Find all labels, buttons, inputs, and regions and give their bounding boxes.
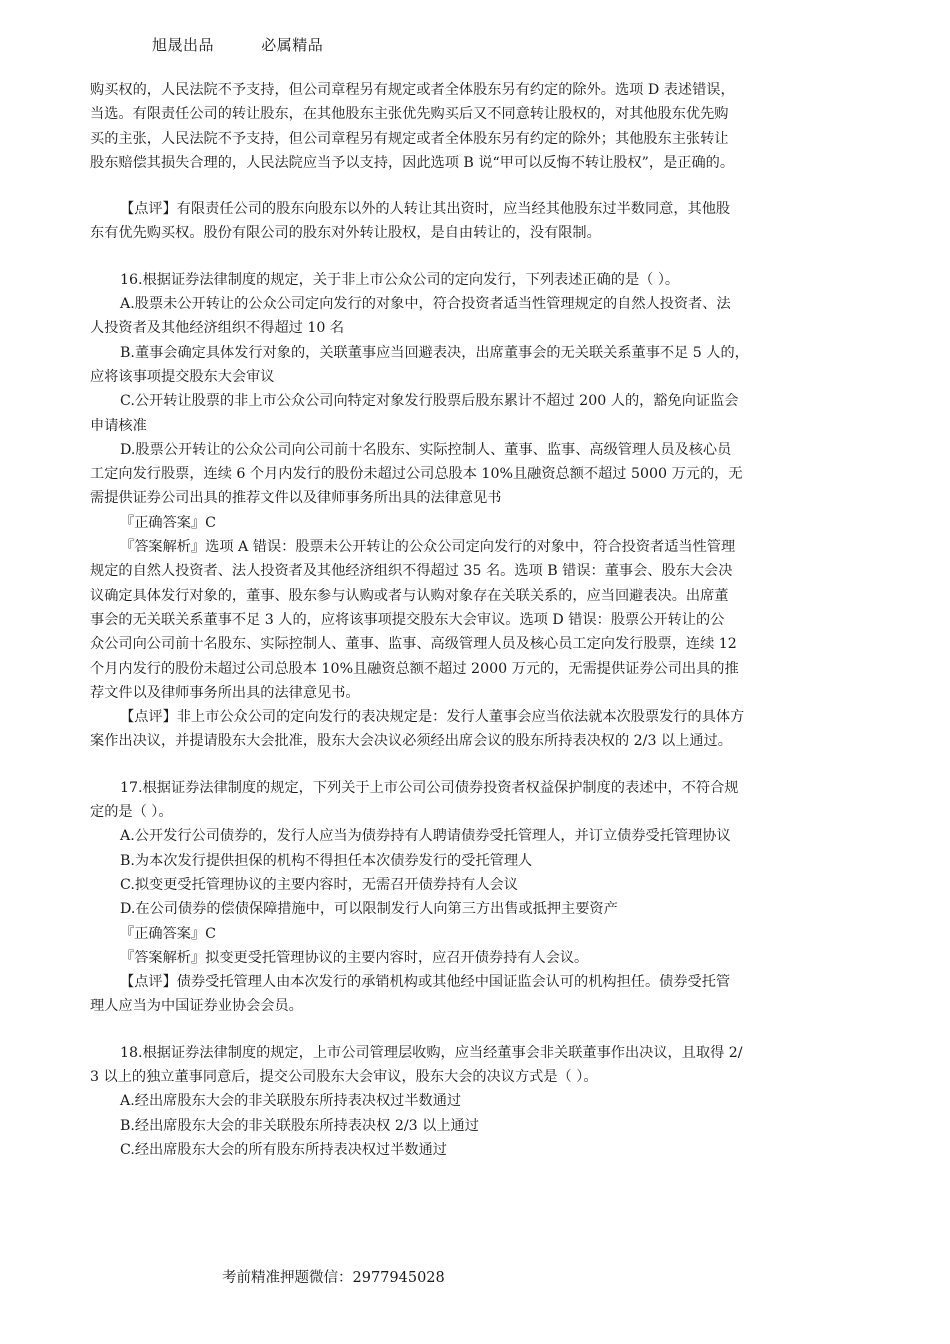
document-body: 购买权的，人民法院不予支持，但公司章程另有规定或者全体股东另有约定的除外。选项 … (90, 78, 880, 1162)
previous-analysis: 购买权的，人民法院不予支持，但公司章程另有规定或者全体股东另有约定的除外。选项 … (90, 78, 880, 175)
option-c: C.公开转让股票的非上市公众公司向特定对象发行股票后股东累计不超过 200 人的… (90, 389, 880, 413)
question-stem: 16.根据证券法律制度的规定，关于非上市公众公司的定向发行，下列表述正确的是（ … (90, 268, 880, 292)
question-18: 18.根据证券法律制度的规定，上市公司管理层收购，应当经董事会非关联董事作出决议… (90, 1041, 880, 1162)
answer-analysis-cont: 议确定具体发行对象的，董事、股东参与认购或者与认购对象存在关联关系的，应当回避表… (90, 584, 880, 608)
header-slogan: 必属精品 (261, 36, 323, 54)
question-stem: 17.根据证券法律制度的规定，下列关于上市公司公司债券投资者权益保护制度的表述中… (90, 776, 880, 800)
comment-cont: 理人应当为中国证券业协会会员。 (90, 994, 880, 1018)
text-line: 买的主张，人民法院不予支持，但公司章程另有规定或者全体股东另有约定的除外；其他股… (90, 127, 880, 151)
option-b-cont: 应将该事项提交股东大会审议 (90, 365, 880, 389)
answer-analysis: 『答案解析』拟变更受托管理协议的主要内容时，应召开债券持有人会议。 (90, 946, 880, 970)
answer-analysis-cont: 事会的无关联关系董事不足 3 人的，应将该事项提交股东大会审议。选项 D 错误：… (90, 608, 880, 632)
option-d: D.股票公开转让的公众公司向公司前十名股东、实际控制人、董事、监事、高级管理人员… (90, 438, 880, 462)
previous-comment: 【点评】有限责任公司的股东向股东以外的人转让其出资时，应当经其他股东过半数同意，… (90, 197, 880, 246)
question-17: 17.根据证券法律制度的规定，下列关于上市公司公司债券投资者权益保护制度的表述中… (90, 776, 880, 1019)
option-b: B.为本次发行提供担保的机构不得担任本次债券发行的受托管理人 (90, 849, 880, 873)
answer-analysis-cont: 个月内发行的股份未超过公司总股本 10%且融资总额不超过 2000 万元的，无需… (90, 657, 880, 681)
correct-answer: 『正确答案』C (90, 511, 880, 535)
answer-analysis-cont: 荐文件以及律师事务所出具的法律意见书。 (90, 681, 880, 705)
option-d-cont: 工定向发行股票，连续 6 个月内发行的股份未超过公司总股本 10%且融资总额不超… (90, 462, 880, 486)
question-stem-cont: 定的是（ ）。 (90, 800, 880, 824)
text-line: 当选。有限责任公司的转让股东，在其他股东主张优先购买后又不同意转让股权的，对其他… (90, 102, 880, 126)
header-brand: 旭晟出品 (152, 36, 214, 54)
answer-analysis-cont: 规定的自然人投资者、法人投资者及其他经济组织不得超过 35 名。选项 B 错误：… (90, 559, 880, 583)
page-header: 旭晟出品 必属精品 (152, 34, 365, 55)
text-line: 股东赔偿其损失合理的，人民法院应当予以支持，因此选项 B 说“甲可以反悔不转让股… (90, 151, 880, 175)
comment: 【点评】非上市公众公司的定向发行的表决规定是：发行人董事会应当依法就本次股票发行… (90, 705, 880, 729)
option-c: C.拟变更受托管理协议的主要内容时，无需召开债券持有人会议 (90, 873, 880, 897)
option-c: C.经出席股东大会的所有股东所持表决权过半数通过 (90, 1138, 880, 1162)
answer-analysis-cont: 众公司向公司前十名股东、实际控制人、董事、监事、高级管理人员及核心员工定向发行股… (90, 632, 880, 656)
option-c-cont: 申请核准 (90, 414, 880, 438)
option-a: A.公开发行公司债券的，发行人应当为债券持有人聘请债券受托管理人，并订立债券受托… (90, 824, 880, 848)
question-16: 16.根据证券法律制度的规定，关于非上市公众公司的定向发行，下列表述正确的是（ … (90, 268, 880, 754)
text-line: 购买权的，人民法院不予支持，但公司章程另有规定或者全体股东另有约定的除外。选项 … (90, 78, 880, 102)
option-a: A.经出席股东大会的非关联股东所持表决权过半数通过 (90, 1089, 880, 1113)
option-b: B.经出席股东大会的非关联股东所持表决权 2/3 以上通过 (90, 1114, 880, 1138)
question-stem-cont: 3 以上的独立董事同意后，提交公司股东大会审议，股东大会的决议方式是（ ）。 (90, 1065, 880, 1089)
answer-analysis: 『答案解析』选项 A 错误：股票未公开转让的公众公司定向发行的对象中，符合投资者… (90, 535, 880, 559)
option-d: D.在公司债券的偿债保障措施中，可以限制发行人向第三方出售或抵押主要资产 (90, 897, 880, 921)
text-line: 【点评】有限责任公司的股东向股东以外的人转让其出资时，应当经其他股东过半数同意，… (90, 197, 880, 221)
text-line: 东有优先购买权。股份有限公司的股东对外转让股权，是自由转让的，没有限制。 (90, 221, 880, 245)
comment: 【点评】债券受托管理人由本次发行的承销机构或其他经中国证监会认可的机构担任。债券… (90, 970, 880, 994)
option-b: B.董事会确定具体发行对象的，关联董事应当回避表决，出席董事会的无关联关系董事不… (90, 341, 880, 365)
comment-cont: 案作出决议，并提请股东大会批准，股东大会决议必须经出席会议的股东所持表决权的 2… (90, 729, 880, 753)
question-stem: 18.根据证券法律制度的规定，上市公司管理层收购，应当经董事会非关联董事作出决议… (90, 1041, 880, 1065)
option-a: A.股票未公开转让的公众公司定向发行的对象中，符合投资者适当性管理规定的自然人投… (90, 292, 880, 316)
page-footer: 考前精准押题微信：2977945028 (222, 1266, 445, 1287)
option-d-cont: 需提供证券公司出具的推荐文件以及律师事务所出具的法律意见书 (90, 486, 880, 510)
option-a-cont: 人投资者及其他经济组织不得超过 10 名 (90, 316, 880, 340)
correct-answer: 『正确答案』C (90, 922, 880, 946)
